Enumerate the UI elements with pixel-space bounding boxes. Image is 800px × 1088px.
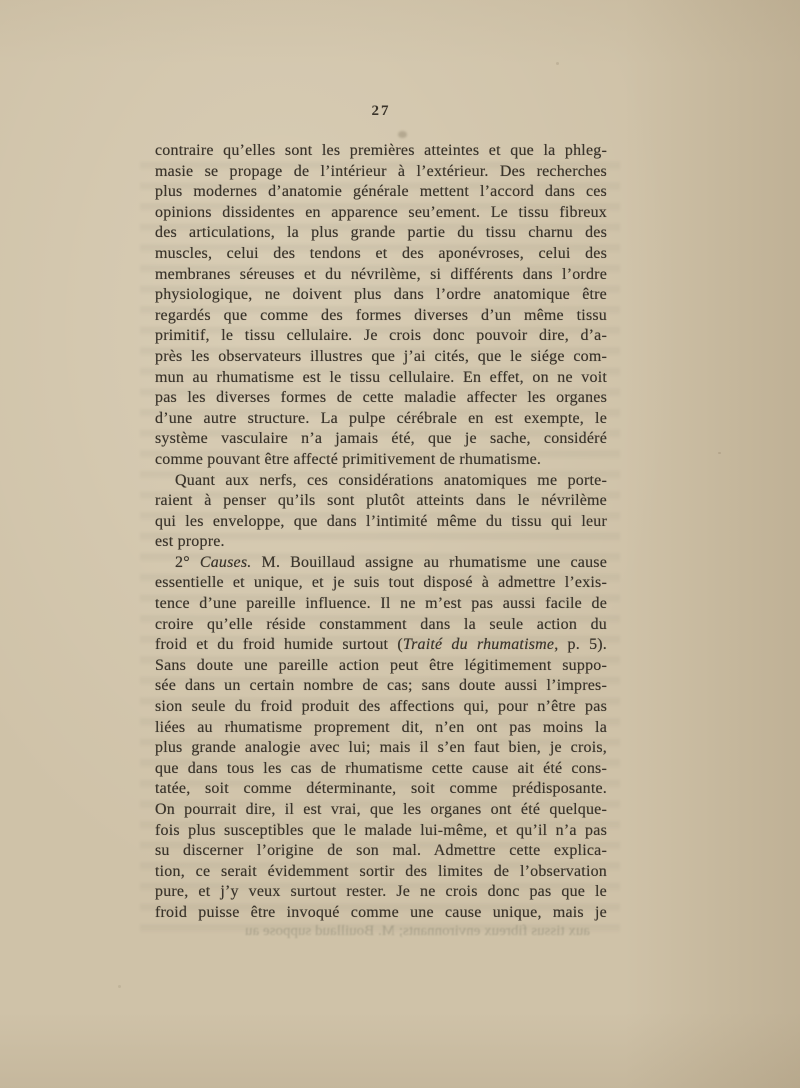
paragraph: Quant aux nerfs, ces considérations anat… [155,471,607,553]
text-line: membranes séreuses et du névrilème, si d… [155,265,607,286]
text-line: sion seule du froid produit des affectio… [155,697,607,718]
text-line: d’une autre structure. La pulpe cérébral… [155,409,607,430]
text-line: sée dans un certain nombre de cas; sans … [155,676,607,697]
show-through-ghost-line: aux tissus fibreux environnants; M. Boui… [138,921,590,941]
text-line: froid et du froid humide surtout (Traité… [155,635,607,656]
text-line: raient à penser qu’ils sont plutôt attei… [155,491,607,512]
text-line: plus modernes d’anatomie générale metten… [155,182,607,203]
text-line: pure, et j’y veux surtout rester. Je ne … [155,882,607,903]
text-line: que dans tous les cas de rhumatisme cett… [155,759,607,780]
text-line: comme pouvant être affecté primitivement… [155,450,607,471]
text-line: masie se propage de l’intérieur à l’exté… [155,162,607,183]
text-line: système vasculaire n’a jamais été, que j… [155,429,607,450]
text-line: opinions dissidentes en apparence seu’em… [155,203,607,224]
text-block: contraire qu’elles sont les premières at… [155,141,607,924]
text-line: contraire qu’elles sont les premières at… [155,141,607,162]
text-line: tatée, soit comme déterminante, soit com… [155,779,607,800]
text-line: tion, ce serait évidemment sortir des li… [155,862,607,883]
paper-speck [118,985,121,988]
text-line: On pourrait dire, il est vrai, que les o… [155,800,607,821]
text-line: plus grande analogie avec lui; mais il s… [155,738,607,759]
paragraph: contraire qu’elles sont les premières at… [155,141,607,471]
text-line: regardés que comme des formes diverses d… [155,306,607,327]
text-line: croire qu’elle réside constamment dans l… [155,615,607,636]
page-number: 27 [155,103,607,120]
text-line: 2° Causes. M. Bouillaud assigne au rhuma… [155,553,607,574]
text-line: liées au rhumatisme proprement dit, n’en… [155,718,607,739]
paper-speck [718,452,721,454]
paper-speck [556,62,559,65]
text-line: su discerner l’origine de son mal. Admet… [155,841,607,862]
paper-blemish [398,131,407,138]
text-line: physiologique, ne doivent plus dans l’or… [155,285,607,306]
text-line: est propre. [155,532,607,553]
text-line: près les observateurs illustres que j’ai… [155,347,607,368]
text-line: fois plus susceptibles que le malade lui… [155,821,607,842]
text-line: des articulations, la plus grande partie… [155,223,607,244]
text-line: pas les diverses formes de cette maladie… [155,388,607,409]
text-line: mun au rhumatisme est le tissu cellulair… [155,368,607,389]
text-line: Quant aux nerfs, ces considérations anat… [155,471,607,492]
text-line: primitif, le tissu cellulaire. Je crois … [155,326,607,347]
text-line: qui les enveloppe, que dans l’intimité m… [155,512,607,533]
text-line: Sans doute une pareille action peut être… [155,656,607,677]
text-line: muscles, celui des tendons et des aponév… [155,244,607,265]
book-page-scan: 27 contraire qu’elles sont les premières… [0,0,800,1088]
text-line: tence d’une pareille influence. Il ne m’… [155,594,607,615]
paragraph: 2° Causes. M. Bouillaud assigne au rhuma… [155,553,607,924]
text-line: essentielle et unique, et je suis tout d… [155,573,607,594]
